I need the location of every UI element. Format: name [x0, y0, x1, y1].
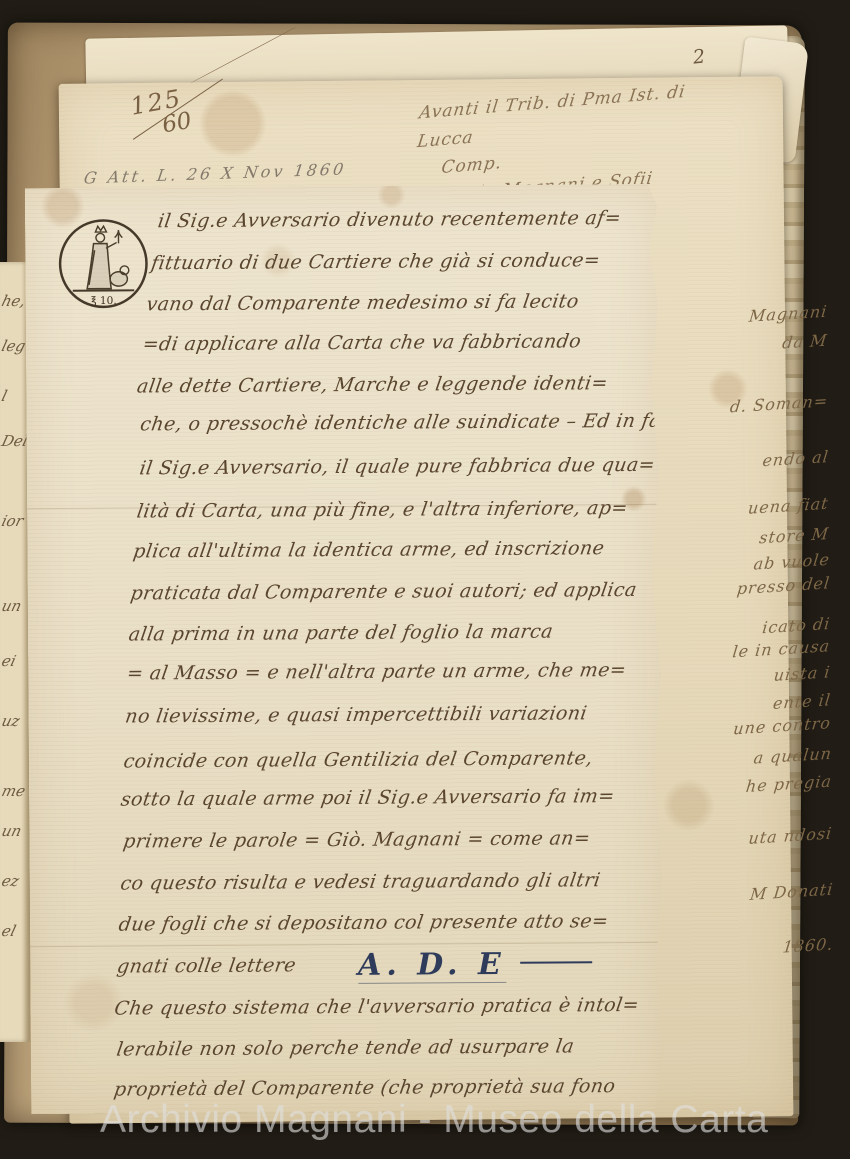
- header-fragment: Comp.: [440, 153, 503, 178]
- manuscript-sheet: ℥ 10. il Sig.e Avversario divenuto recen…: [25, 184, 663, 1114]
- right-column-fragments: Magnanida Md. Soman=endo aluena fiatstor…: [703, 156, 850, 1017]
- ade-letters: A. D. E: [358, 947, 506, 984]
- sliver-fragment: ei: [0, 652, 18, 670]
- sliver-fragment: ior: [0, 512, 25, 530]
- manuscript-line: proprietà del Comparente (che proprietà …: [112, 1075, 617, 1101]
- stamp-denomination: ℥ 10.: [90, 295, 116, 307]
- line-end-fragment: uta ndosi: [748, 823, 834, 847]
- line-end-fragment: M Donati: [749, 879, 834, 903]
- filza-number-bottom: 60: [160, 108, 193, 139]
- manuscript-line: co questo risulta e vedesi traguardando …: [119, 869, 602, 894]
- manuscript-line: lità di Carta, una più fine, e l'altra i…: [135, 497, 629, 522]
- photo-backdrop: Avanti il Trib. di Pma Ist. diLuccaComp.…: [0, 0, 850, 1159]
- tax-stamp-icon: ℥ 10.: [55, 215, 152, 312]
- manuscript-line: Che questo sistema che l'avversario prat…: [113, 994, 641, 1020]
- line-end-fragment: ab vuole: [752, 550, 830, 574]
- sliver-fragment: uz: [0, 712, 22, 730]
- manuscript-line: = al Masso = e nell'altra parte un arme,…: [126, 659, 628, 685]
- sliver-fragment: l: [0, 387, 9, 405]
- watermark-overlay: Archivio Magnani - Museo della Carta: [100, 1098, 768, 1142]
- manuscript-line: sotto la quale arme poi il Sig.e Avversa…: [119, 785, 616, 810]
- header-fragment: Lucca: [416, 127, 475, 152]
- manuscript-line: il Sig.e Avversario divenuto recentement…: [156, 207, 622, 232]
- line-end-fragment: le in causa: [732, 636, 832, 661]
- sliver-fragment: leg: [0, 337, 28, 355]
- line-end-fragment: Magnani: [748, 302, 828, 326]
- sliver-fragment: un: [0, 597, 24, 615]
- manuscript-line: il Sig.e Avversario, il quale pure fabbr…: [138, 454, 657, 480]
- manuscript-line: fittuario di due Cartiere che già si con…: [150, 249, 602, 274]
- manuscript-line: no lievissime, e quasi impercettibili va…: [124, 702, 589, 727]
- line-end-fragment: presso del: [736, 573, 831, 598]
- line-end-fragment: 1860.: [782, 934, 835, 956]
- page-number: 2: [692, 45, 706, 68]
- sliver-fragment: un: [0, 822, 24, 840]
- manuscript-line: vano dal Comparente medesimo si fa lecit…: [145, 290, 580, 315]
- sliver-fragment: el: [0, 922, 18, 940]
- manuscript-line: praticata dal Comparente e suoi autori; …: [129, 579, 638, 605]
- ade-dash: [520, 961, 592, 964]
- manuscript-line: plica all'ultima la identica arme, ed in…: [132, 537, 606, 562]
- ade-line: gnati colle lettereA. D. E: [117, 946, 592, 985]
- manuscript-line: alla prima in una parte del foglio la ma…: [127, 621, 554, 646]
- manuscript-line: =di applicare alla Carta che va fabbrica…: [141, 330, 583, 355]
- line-end-fragment: a qualun: [752, 744, 832, 768]
- line-end-fragment: uena fiat: [747, 494, 830, 518]
- line-end-fragment: ente il: [772, 690, 832, 713]
- ade-line-prefix: gnati colle lettere: [116, 954, 298, 977]
- sliver-fragment: ez: [0, 872, 21, 890]
- line-end-fragment: he pregia: [745, 771, 833, 796]
- line-end-fragment: une contro: [733, 713, 833, 738]
- sliver-fragment: me: [0, 782, 27, 800]
- line-end-fragment: uista i: [773, 662, 832, 685]
- manuscript-line: lerabile non solo perche tende ad usurpa…: [115, 1035, 576, 1060]
- sliver-fragment: he,: [0, 292, 28, 310]
- manuscript-line: alle dette Cartiere, Marche e leggende i…: [135, 372, 609, 397]
- manuscript-line: primere le parole = Giò. Magnani = come …: [122, 827, 592, 852]
- sliver-fragment: Del: [0, 432, 30, 450]
- manuscript-line: che, o pressochè identiche alle suindica…: [139, 410, 685, 436]
- line-end-fragment: icato di: [761, 614, 831, 637]
- line-end-fragment: store M: [758, 524, 830, 548]
- line-end-fragment: da M: [781, 331, 828, 353]
- line-end-fragment: endo al: [761, 447, 829, 470]
- left-sliver-page: he,leglDelioruneiuzmeunezel: [0, 262, 30, 1042]
- header-fragment: Avanti il Trib. di Pma Ist. di: [418, 82, 687, 124]
- manuscript-line: coincide con quella Gentilizia del Compa…: [122, 747, 594, 772]
- manuscript-line: due fogli che si depositano col presente…: [117, 910, 610, 935]
- line-end-fragment: d. Soman=: [729, 391, 829, 416]
